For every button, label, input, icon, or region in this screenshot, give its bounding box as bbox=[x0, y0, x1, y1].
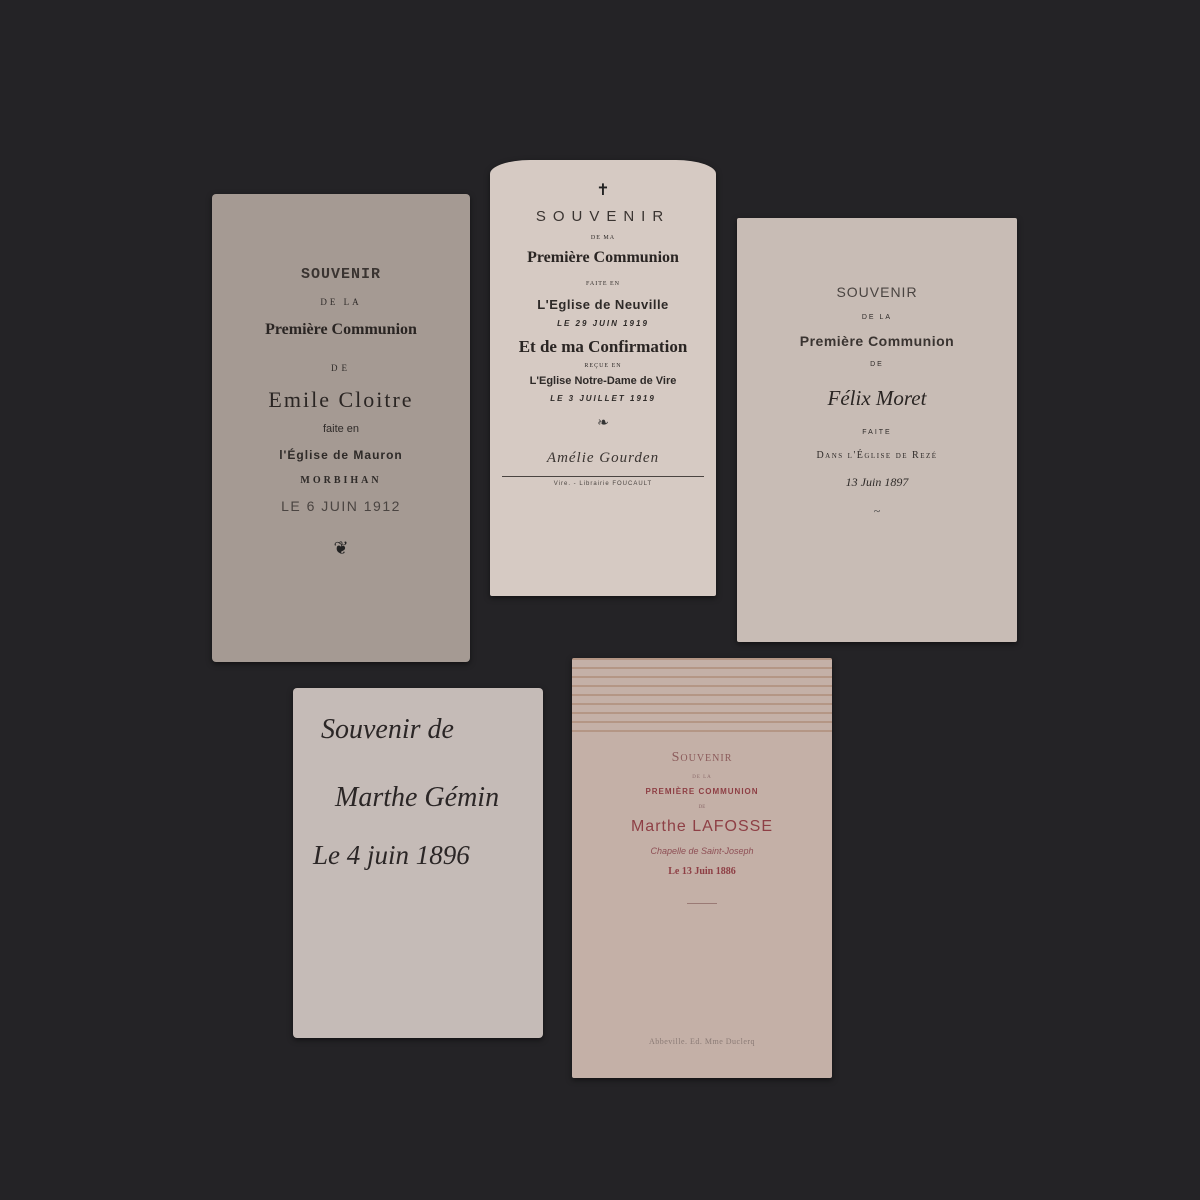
communion-date: LE 6 JUIN 1912 bbox=[212, 498, 470, 514]
card-heading: SOUVENIR bbox=[737, 284, 1017, 300]
card-text: DE MA bbox=[490, 235, 716, 241]
church-name: Dans l'Église de Rezé bbox=[737, 450, 1017, 461]
ornament-icon: ~ bbox=[737, 504, 1017, 519]
card-text: DE bbox=[572, 805, 832, 810]
card-text: DE LA bbox=[212, 297, 470, 307]
card-marthe-lafosse: Souvenir DE LA PREMIÈRE COMMUNION DE Mar… bbox=[572, 658, 832, 1078]
ornament-icon: ❧ bbox=[490, 415, 716, 432]
card-text: faite en bbox=[212, 423, 470, 435]
communion-date: LE 29 JUIN 1919 bbox=[490, 319, 716, 328]
card-title: Première Communion bbox=[490, 249, 716, 267]
card-title: Première Communion bbox=[737, 333, 1017, 349]
church-name: L'Eglise Notre-Dame de Vire bbox=[490, 375, 716, 387]
ornament-icon: ❦ bbox=[212, 538, 470, 559]
handwritten-date: Le 4 juin 1896 bbox=[313, 840, 470, 871]
card-title: PREMIÈRE COMMUNION bbox=[572, 787, 832, 796]
communicant-name: Emile Cloitre bbox=[212, 387, 470, 413]
chapel-name: Chapelle de Saint-Joseph bbox=[572, 846, 832, 856]
church-name: l'Église de Mauron bbox=[212, 448, 470, 462]
communicant-name: Amélie Gourden bbox=[490, 450, 716, 467]
handwritten-name: Marthe Gémin bbox=[335, 782, 499, 814]
handwritten-line: Souvenir de bbox=[321, 714, 454, 746]
confirmation-date: LE 3 JUILLET 1919 bbox=[490, 394, 716, 403]
communion-date: Le 13 Juin 1886 bbox=[572, 866, 832, 877]
communicant-name: Marthe LAFOSSE bbox=[572, 818, 832, 836]
card-text: DE bbox=[737, 361, 1017, 368]
region-name: MORBIHAN bbox=[212, 475, 470, 486]
card-text: DE LA bbox=[737, 314, 1017, 321]
card-heading: Souvenir bbox=[572, 750, 832, 766]
communion-date: 13 Juin 1897 bbox=[737, 475, 1017, 490]
printer-credit: Vire. - Librairie FOUCAULT bbox=[490, 481, 716, 487]
card-text: DE bbox=[212, 363, 470, 373]
card-title: Première Communion bbox=[212, 321, 470, 339]
card-marthe-gemin: Souvenir de Marthe Gémin Le 4 juin 1896 bbox=[293, 688, 543, 1038]
card-heading: SOUVENIR bbox=[490, 208, 716, 225]
card-text: FAITE bbox=[737, 429, 1017, 436]
divider bbox=[502, 476, 704, 477]
divider bbox=[687, 903, 717, 904]
confirmation-title: Et de ma Confirmation bbox=[490, 337, 716, 357]
card-text: REÇUE EN bbox=[490, 363, 716, 369]
card-amelie-gourden: ✝ SOUVENIR DE MA Première Communion FAIT… bbox=[490, 160, 716, 596]
cross-icon: ✝ bbox=[490, 180, 716, 200]
printer-credit: Abbeville. Ed. Mme Duclerq bbox=[572, 1037, 832, 1046]
card-text: DE LA bbox=[572, 775, 832, 780]
decorative-stripes bbox=[572, 658, 832, 738]
church-name: L'Eglise de Neuville bbox=[490, 297, 716, 312]
card-emile-cloitre: SOUVENIR DE LA Première Communion DE Emi… bbox=[212, 194, 470, 662]
communicant-name: Félix Moret bbox=[737, 386, 1017, 411]
card-heading: SOUVENIR bbox=[212, 266, 470, 283]
card-felix-moret: SOUVENIR DE LA Première Communion DE Fél… bbox=[737, 218, 1017, 642]
card-text: FAITE EN bbox=[490, 281, 716, 287]
